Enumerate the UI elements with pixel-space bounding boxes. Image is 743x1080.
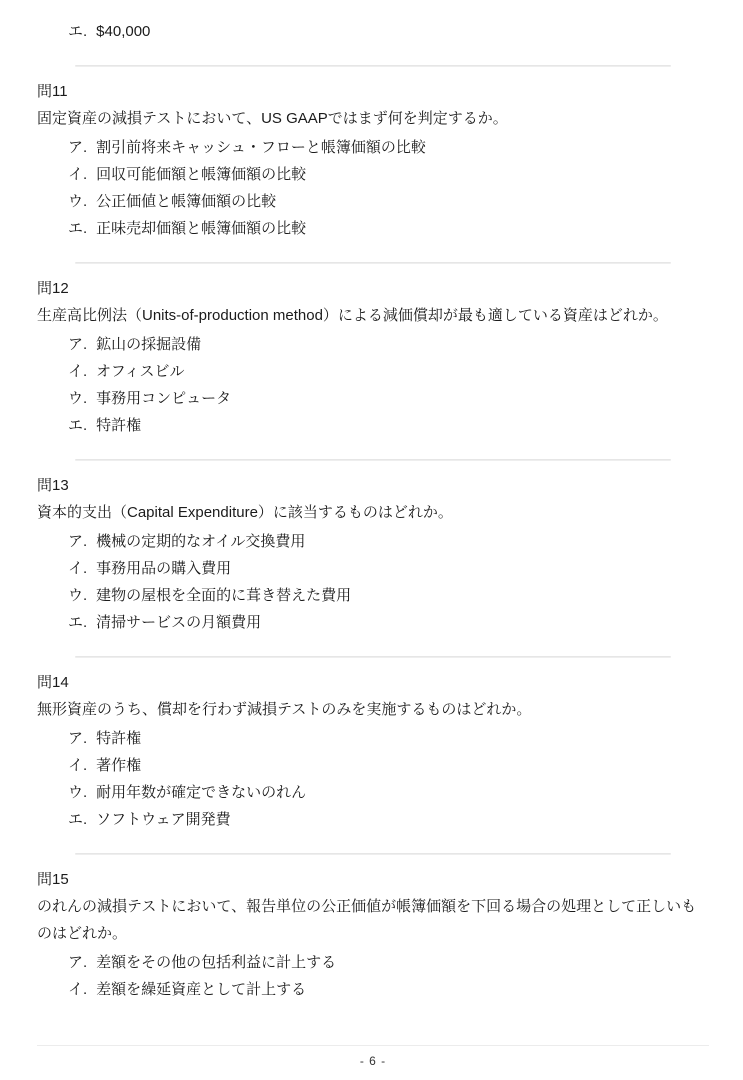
option-letter: ウ. [68, 388, 87, 410]
option-row: ウ. 公正価値と帳簿価額の比較 [37, 191, 709, 213]
option-text: 割引前将来キャッシュ・フローと帳簿価額の比較 [96, 137, 709, 159]
option-text: 著作権 [96, 755, 709, 777]
option-letter: ア. [68, 137, 87, 159]
option-row: ア. 機械の定期的なオイル交換費用 [37, 531, 709, 553]
option-text: 正味売却価額と帳簿価額の比較 [96, 218, 709, 240]
question-number: 問14 [37, 672, 709, 694]
option-text: 建物の屋根を全面的に葺き替えた費用 [96, 585, 709, 607]
option-row: エ. ソフトウェア開発費 [37, 809, 709, 831]
option-row: イ. 回収可能価額と帳簿価額の比較 [37, 164, 709, 186]
question-number: 問11 [37, 81, 709, 103]
options-list: ア. 割引前将来キャッシュ・フローと帳簿価額の比較 イ. 回収可能価額と帳簿価額… [37, 137, 709, 240]
option-text: 回収可能価額と帳簿価額の比較 [96, 164, 709, 186]
options-list: ア. 鉱山の採掘設備 イ. オフィスビル ウ. 事務用コンピュータ エ. 特許権 [37, 334, 709, 437]
option-row: ア. 差額をその他の包括利益に計上する [37, 952, 709, 974]
option-letter: ア. [68, 728, 87, 750]
question-number: 問13 [37, 475, 709, 497]
option-row: イ. オフィスビル [37, 361, 709, 383]
question-block-12: 問12 生産高比例法（Units-of-production method）によ… [37, 240, 709, 437]
section-divider [75, 853, 671, 855]
option-letter: エ. [68, 218, 87, 240]
options-list: ア. 特許権 イ. 著作権 ウ. 耐用年数が確定できないのれん エ. ソフトウェ… [37, 728, 709, 831]
option-text: 差額をその他の包括利益に計上する [96, 952, 709, 974]
option-letter: ア. [68, 531, 87, 553]
question-number: 問12 [37, 278, 709, 300]
section-divider [75, 65, 671, 67]
option-row: エ. 特許権 [37, 415, 709, 437]
question-block-13: 問13 資本的支出（Capital Expenditure）に該当するものはどれ… [37, 437, 709, 634]
option-text: 差額を繰延資産として計上する [96, 979, 709, 1001]
question-text: 固定資産の減損テストにおいて、US GAAPではまず何を判定するか。 [37, 105, 709, 132]
option-letter: エ. [68, 612, 87, 634]
option-text: ソフトウェア開発費 [96, 809, 709, 831]
option-row: イ. 差額を繰延資産として計上する [37, 979, 709, 1001]
section-divider [75, 262, 671, 264]
question-text: 無形資産のうち、償却を行わず減損テストのみを実施するものはどれか。 [37, 696, 709, 723]
option-text: オフィスビル [96, 361, 709, 383]
option-row: イ. 事務用品の購入費用 [37, 558, 709, 580]
option-letter: ウ. [68, 191, 87, 213]
question-text: 資本的支出（Capital Expenditure）に該当するものはどれか。 [37, 499, 709, 526]
option-letter: イ. [68, 164, 87, 186]
intro-option-row: エ. $40,000 [37, 21, 709, 43]
footer-divider [37, 1045, 709, 1046]
option-text: 機械の定期的なオイル交換費用 [96, 531, 709, 553]
option-letter: ア. [68, 334, 87, 356]
question-block-15: 問15 のれんの減損テストにおいて、報告単位の公正価値が帳簿価額を下回る場合の処… [37, 831, 709, 1001]
option-text: 事務用コンピュータ [96, 388, 709, 410]
exam-document-page: エ. $40,000 問11 固定資産の減損テストにおいて、US GAAPではま… [0, 0, 743, 1080]
option-text: $40,000 [96, 21, 709, 43]
question-text: 生産高比例法（Units-of-production method）による減価償… [37, 302, 709, 329]
options-list: ア. 差額をその他の包括利益に計上する イ. 差額を繰延資産として計上する [37, 952, 709, 1001]
option-letter: イ. [68, 755, 87, 777]
option-text: 清掃サービスの月額費用 [96, 612, 709, 634]
question-block-11: 問11 固定資産の減損テストにおいて、US GAAPではまず何を判定するか。 ア… [37, 43, 709, 240]
option-text: 耐用年数が確定できないのれん [96, 782, 709, 804]
option-letter: ア. [68, 952, 87, 974]
option-row: ア. 鉱山の採掘設備 [37, 334, 709, 356]
option-row: エ. 正味売却価額と帳簿価額の比較 [37, 218, 709, 240]
option-text: 特許権 [96, 728, 709, 750]
option-row: ア. 特許権 [37, 728, 709, 750]
section-divider [75, 656, 671, 658]
page-footer: - 6 - [37, 1045, 709, 1068]
option-letter: エ. [68, 21, 87, 43]
option-letter: ウ. [68, 782, 87, 804]
option-row: イ. 著作権 [37, 755, 709, 777]
option-letter: エ. [68, 809, 87, 831]
option-letter: イ. [68, 558, 87, 580]
option-row: ウ. 事務用コンピュータ [37, 388, 709, 410]
option-letter: イ. [68, 979, 87, 1001]
option-text: 特許権 [96, 415, 709, 437]
page-number: - 6 - [37, 1054, 709, 1068]
option-text: 公正価値と帳簿価額の比較 [96, 191, 709, 213]
options-list: ア. 機械の定期的なオイル交換費用 イ. 事務用品の購入費用 ウ. 建物の屋根を… [37, 531, 709, 634]
option-row: ア. 割引前将来キャッシュ・フローと帳簿価額の比較 [37, 137, 709, 159]
option-row: ウ. 建物の屋根を全面的に葺き替えた費用 [37, 585, 709, 607]
question-block-14: 問14 無形資産のうち、償却を行わず減損テストのみを実施するものはどれか。 ア.… [37, 634, 709, 831]
option-text: 鉱山の採掘設備 [96, 334, 709, 356]
question-number: 問15 [37, 869, 709, 891]
option-text: 事務用品の購入費用 [96, 558, 709, 580]
question-text: のれんの減損テストにおいて、報告単位の公正価値が帳簿価額を下回る場合の処理として… [37, 893, 709, 947]
option-row: ウ. 耐用年数が確定できないのれん [37, 782, 709, 804]
option-letter: イ. [68, 361, 87, 383]
option-letter: ウ. [68, 585, 87, 607]
section-divider [75, 459, 671, 461]
option-letter: エ. [68, 415, 87, 437]
option-row: エ. 清掃サービスの月額費用 [37, 612, 709, 634]
